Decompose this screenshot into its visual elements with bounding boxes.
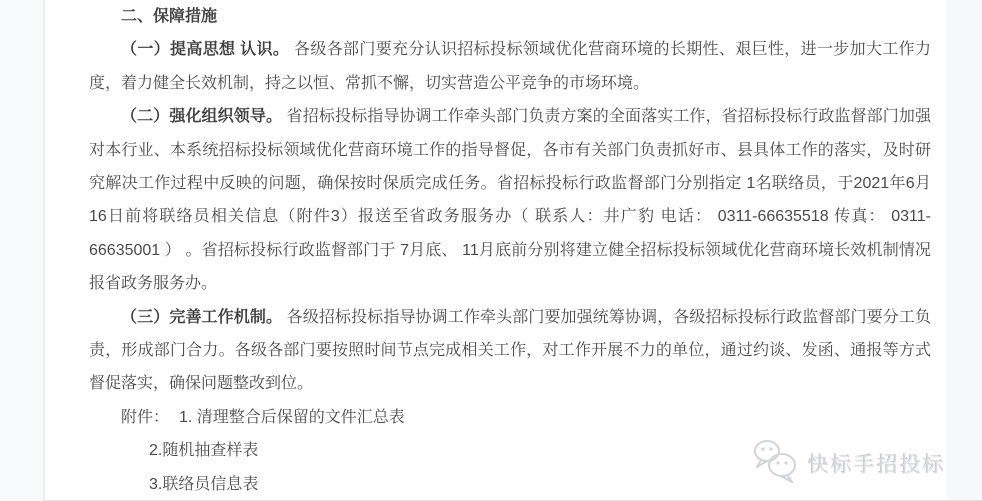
left-gutter [0,0,45,501]
paragraph-2-body: 省招标投标指导协调工作牵头部门负责方案的全面落实工作，省招标投标行政监督部门加强… [89,108,931,292]
document-content: 二、保障措施 （一）提高思想 认识。 各级各部门要充分认识招标投标领域优化营商环… [45,0,946,501]
paragraph-1: （一）提高思想 认识。 各级各部门要充分认识招标投标领域优化营商环境的长期性、艰… [89,33,931,100]
attachment-item-1: 1. 清理整合后保留的文件汇总表 [179,409,405,426]
document-page: 二、保障措施 （一）提高思想 认识。 各级各部门要充分认识招标投标领域优化营商环… [0,0,982,501]
attachment-item-2: 2.随机抽查样表 [89,434,931,467]
attachment-item-3: 3.联络员信息表 [89,468,931,501]
paragraph-3: （三）完善工作机制。 各级招标投标指导协调工作牵头部门要加强统筹协调，各级招标投… [89,301,931,401]
paragraph-2: （二）强化组织领导。 省招标投标指导协调工作牵头部门负责方案的全面落实工作，省招… [89,100,931,300]
attachment-label: 附件： [121,409,169,426]
paragraph-2-lead: （二）强化组织领导。 [121,108,282,125]
attachment-line: 附件：1. 清理整合后保留的文件汇总表 [89,401,931,434]
paragraph-3-lead: （三）完善工作机制。 [121,309,282,326]
right-gutter [946,0,982,501]
paragraph-1-lead: （一）提高思想 认识。 [121,41,289,58]
section-title: 二、保障措施 [89,0,931,33]
